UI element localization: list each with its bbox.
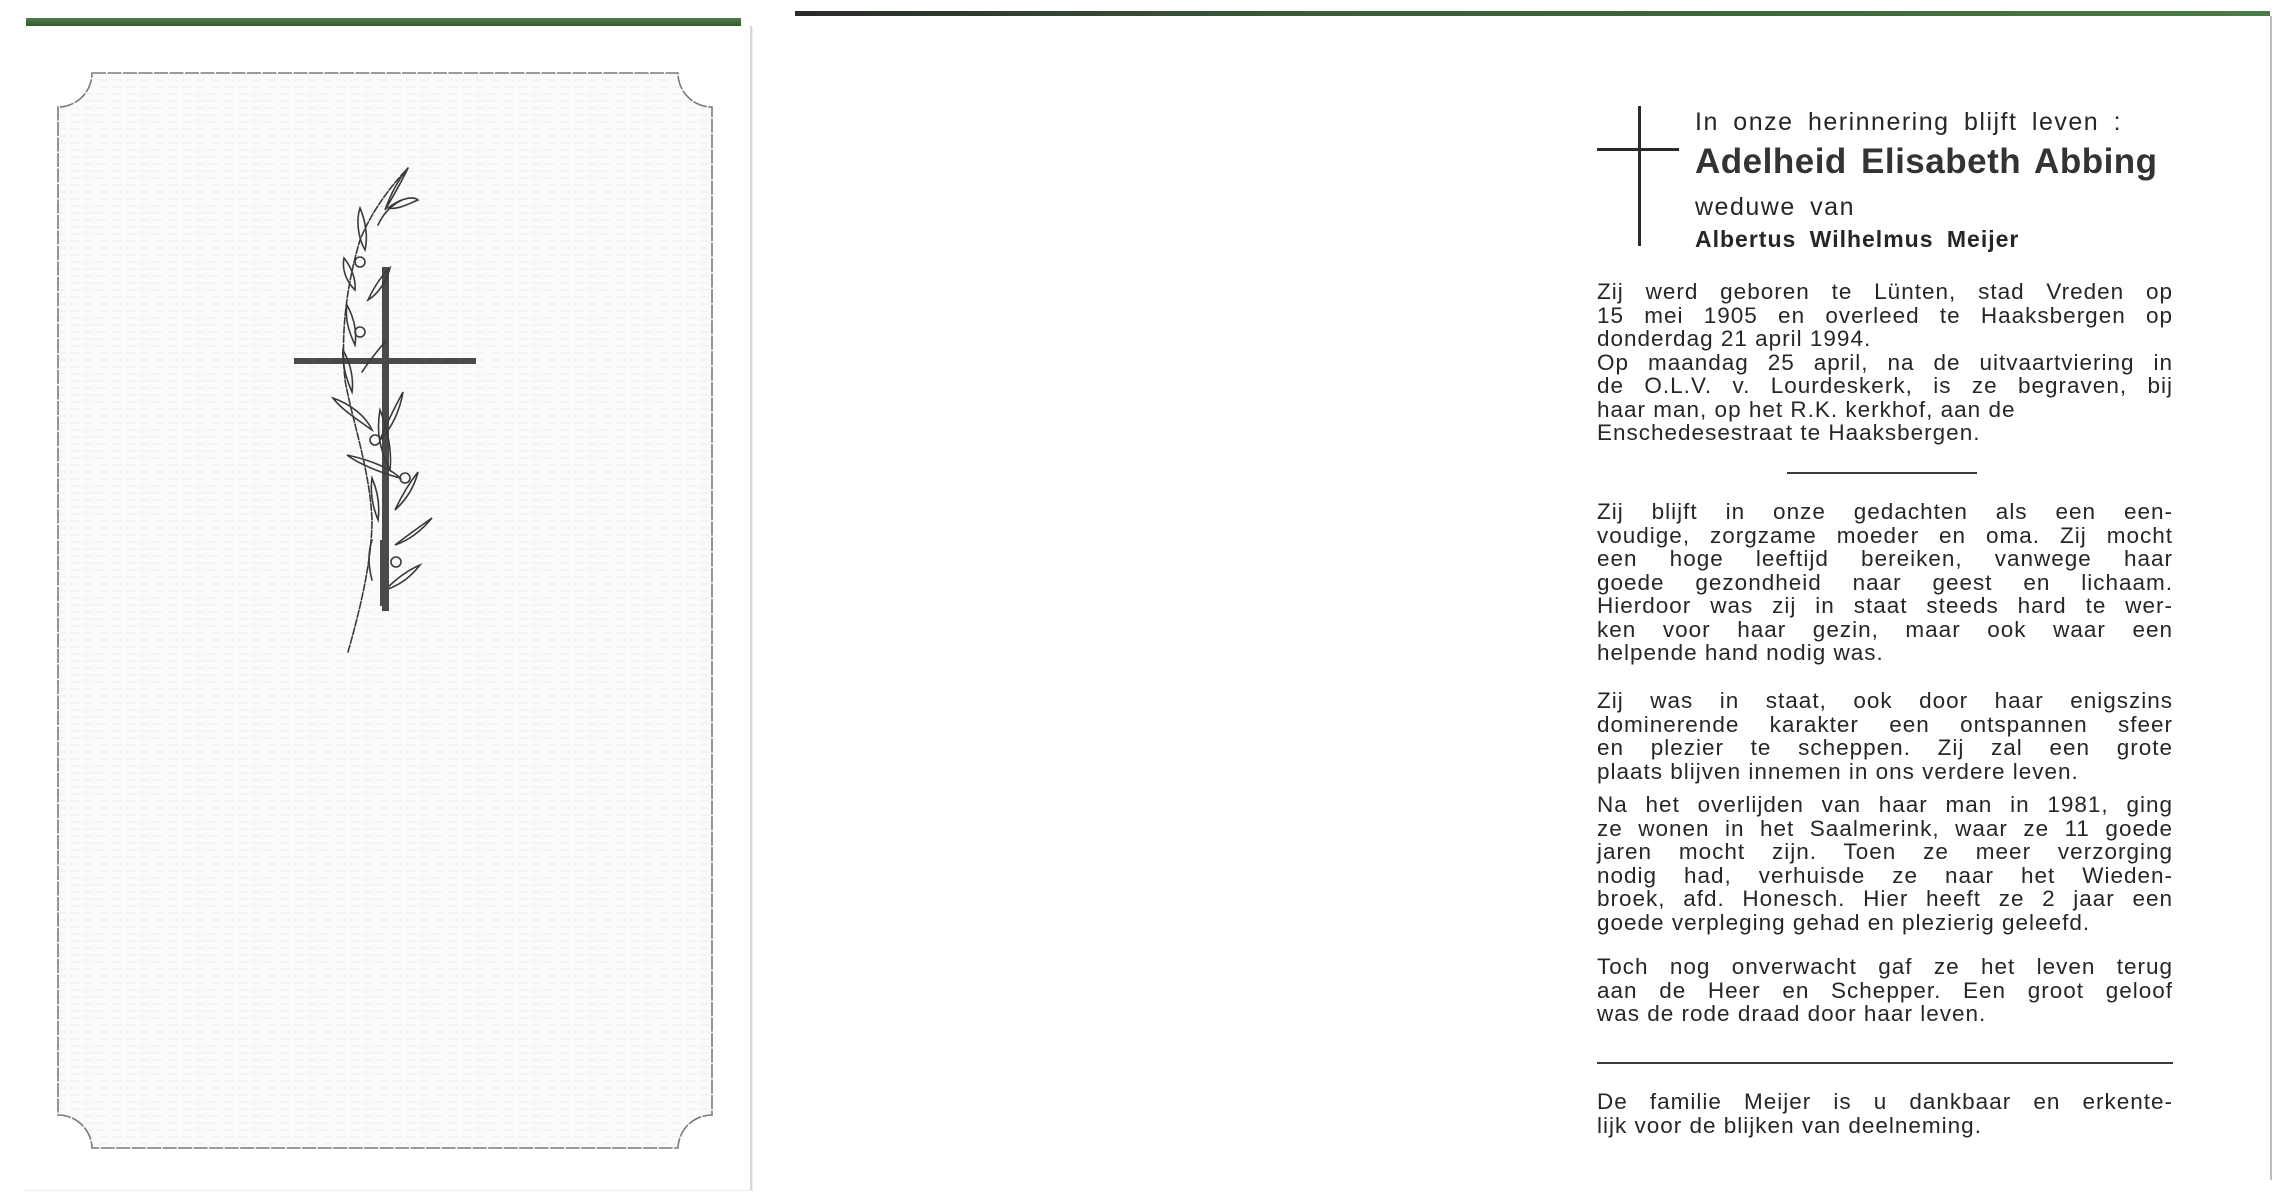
text-line: een hoge leeftijd bereiken, vanwege haar: [1597, 547, 2173, 571]
text-line: de O.L.V. v. Lourdeskerk, is ze begraven…: [1597, 374, 2173, 398]
text-line: ken voor haar gezin, maar ook waar een: [1597, 618, 2173, 642]
text-line: Zij was in staat, ook door haar enigszin…: [1597, 689, 2173, 713]
text-line: Op maandag 25 april, na de uitvaartvieri…: [1597, 351, 2173, 375]
text-line: Zij blijft in onze gedachten als een een…: [1597, 500, 2173, 524]
text-line: helpende hand nodig was.: [1597, 641, 2173, 665]
text-line: dominerende karakter een ontspannen sfee…: [1597, 713, 2173, 737]
paragraph-character: Zij was in staat, ook door haar enigszin…: [1597, 689, 2173, 783]
text-line: lijk voor de blijken van deelneming.: [1597, 1114, 2173, 1138]
text-line: De familie Meijer is u dankbaar en erken…: [1597, 1090, 2173, 1114]
text-line: goede verpleging gehad en plezierig gele…: [1597, 911, 2173, 935]
deceased-name: Adelheid Elisabeth Abbing: [1695, 142, 2158, 182]
text-line: Na het overlijden van haar man in 1981, …: [1597, 793, 2173, 817]
text-line: jaren mocht zijn. Toen ze meer verzorgin…: [1597, 840, 2173, 864]
paragraph-remembrance: Zij blijft in onze gedachten als een een…: [1597, 500, 2173, 665]
text-line: plaats blijven innemen in ons verdere le…: [1597, 760, 2173, 784]
text-line: Zij werd geboren te Lünten, stad Vreden …: [1597, 280, 2173, 304]
text-line: donderdag 21 april 1994.: [1597, 327, 2173, 351]
text-line: was de rode draad door haar leven.: [1597, 1002, 2173, 1026]
relation-line: weduwe van: [1695, 193, 1855, 222]
cross-base: [380, 540, 389, 606]
paragraph-birth-death: Zij werd geboren te Lünten, stad Vreden …: [1597, 280, 2173, 445]
text-line: goede gezondheid naar geest en lichaam.: [1597, 571, 2173, 595]
text-line: 15 mei 1905 en overleed te Haaksbergen o…: [1597, 304, 2173, 328]
text-line: voudige, zorgzame moeder en oma. Zij moc…: [1597, 524, 2173, 548]
short-divider: [1787, 472, 1977, 474]
long-divider: [1597, 1062, 2173, 1064]
text-line: Hierdoor was zij in staat steeds hard te…: [1597, 594, 2173, 618]
text-line: broek, afd. Honesch. Hier heeft ze 2 jaa…: [1597, 887, 2173, 911]
text-line: Enschedesestraat te Haaksbergen.: [1597, 421, 2173, 445]
intro-line: In onze herinnering blijft leven :: [1695, 108, 2122, 137]
text-line: aan de Heer en Schepper. Een groot geloo…: [1597, 979, 2173, 1003]
text-line: nodig had, verhuisde ze naar het Wieden-: [1597, 864, 2173, 888]
text-line: ze wonen in het Saalmerink, waar ze 11 g…: [1597, 817, 2173, 841]
spouse-name: Albertus Wilhelmus Meijer: [1695, 226, 2019, 253]
paragraph-faith: Toch nog onverwacht gaf ze het leven ter…: [1597, 955, 2173, 1026]
paragraph-later-life: Na het overlijden van haar man in 1981, …: [1597, 793, 2173, 934]
text-line: haar man, op het R.K. kerkhof, aan de: [1597, 398, 2173, 422]
text-line: Toch nog onverwacht gaf ze het leven ter…: [1597, 955, 2173, 979]
text-line: en plezier te scheppen. Zij zal een grot…: [1597, 736, 2173, 760]
paragraph-thanks: De familie Meijer is u dankbaar en erken…: [1597, 1090, 2173, 1137]
